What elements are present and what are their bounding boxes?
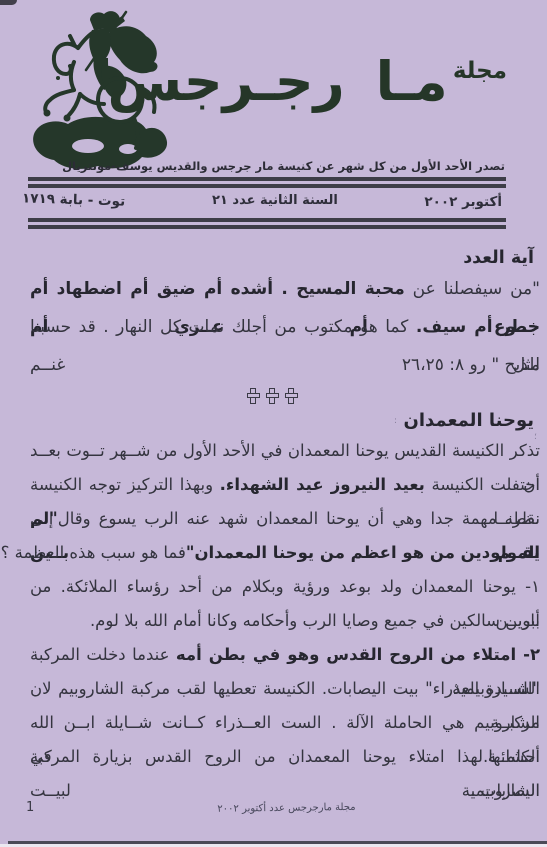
article-text: نقطه مهمة جدا وهي أن يوحنا المعمدان شهد … (58, 509, 540, 528)
scan-artifact: ؛ (534, 432, 537, 442)
title-main: مـا رجـرجس (107, 50, 447, 113)
verse-line: خطر أم سيف. كما هو مكتوب من أجلك نمات كل… (30, 308, 540, 346)
cross-icon (247, 388, 260, 404)
article-text: فما هو سبب هذه العظمة ؟ (1, 543, 186, 562)
header-rule-top-b (28, 184, 506, 188)
article-line: نقطه مهمة جدا وهي أن يوحنا المعمدان شهد … (30, 502, 540, 536)
article-text-bold: ٢- امتلاء من الروح القدس وهو في بطن أمه (176, 645, 540, 664)
masthead-subtitle: تصدر الأحد الأول من كل شهر عن كنيسة مار … (62, 159, 505, 173)
article-text-bold: بعيد النيروز عيد الشهداء. (220, 475, 425, 494)
article-line: أحشائها.لهذا امتلاء يوحنا المعمدان من ال… (30, 740, 540, 774)
magazine-page: مجلة مـا رجـرجس تصدر الأحد الأول من كل ش… (0, 0, 547, 847)
masthead-title: مجلة مـا رجـرجس (107, 50, 507, 113)
header-rule-top-a (28, 177, 506, 181)
cross-icon (266, 388, 279, 404)
coptic-date: توت - بابة ١٧١٩ (22, 190, 126, 209)
article-line: بارين سالكين في جميع وصايا الرب وأحكامه … (30, 604, 540, 638)
verse-section-heading: آية العدد (30, 246, 540, 270)
header-rule-bottom-b (28, 225, 506, 229)
scan-smudge (0, 0, 17, 5)
page-content: آية العدد "من سيفصلنا عن محبة المسيح . أ… (30, 246, 540, 808)
article-line: المولودين من هو اعظم من يوحنا المعمدان"ف… (30, 536, 540, 570)
article-text: اليصابات . (470, 781, 540, 800)
verse-reference: للذبح " رو ٨: ٢٦،٢٥ (402, 355, 540, 375)
header-rule-bottom-a (28, 218, 506, 222)
page-number: 1 (26, 800, 34, 815)
article-line: احتفلت الكنيسة بعيد النيروز عيد الشهداء.… (30, 468, 540, 502)
gregorian-date: أكتوبر ٢٠٠٢ (424, 194, 502, 210)
verse-line: "من سيفصلنا عن محبة المسيح . أشده أم ضيق… (30, 270, 540, 308)
scan-artifact: : (394, 416, 397, 426)
article-line: تذكر الكنيسة القديس يوحنا المعمدان في ال… (30, 434, 540, 468)
article-line: ٢- امتلاء من الروح القدس وهو في بطن أمه … (30, 638, 540, 672)
crosses-row (30, 384, 540, 406)
article-text: احتفلت الكنيسة (425, 475, 540, 494)
cross-icon (285, 388, 298, 404)
article-line: ١- يوحنا المعمدان ولد بوعد ورؤية وبكلام … (30, 570, 540, 604)
article-heading: يوحنا المعمدان (30, 408, 540, 434)
issue-number: السنة الثانية عدد ٢١ (212, 193, 338, 208)
verse-text-bold: خطر أم سيف. (416, 317, 540, 337)
article-line: الشاروبيم هي الحاملة الآلة . الست العــذ… (30, 706, 540, 740)
article-line: "السيدة العذراء" بيت اليصابات. الكنيسة ت… (30, 672, 540, 706)
article-text-bold: المولودين من هو اعظم من يوحنا المعمدان" (186, 543, 540, 562)
title-prefix: مجلة (453, 58, 507, 84)
article-text: أحشائها.لهذا امتلاء يوحنا المعمدان من ال… (30, 747, 540, 800)
verse-text: "من سيفصلنا عن (405, 279, 540, 299)
article-text: بارين سالكين في جميع وصايا الرب وأحكامه … (90, 611, 540, 630)
